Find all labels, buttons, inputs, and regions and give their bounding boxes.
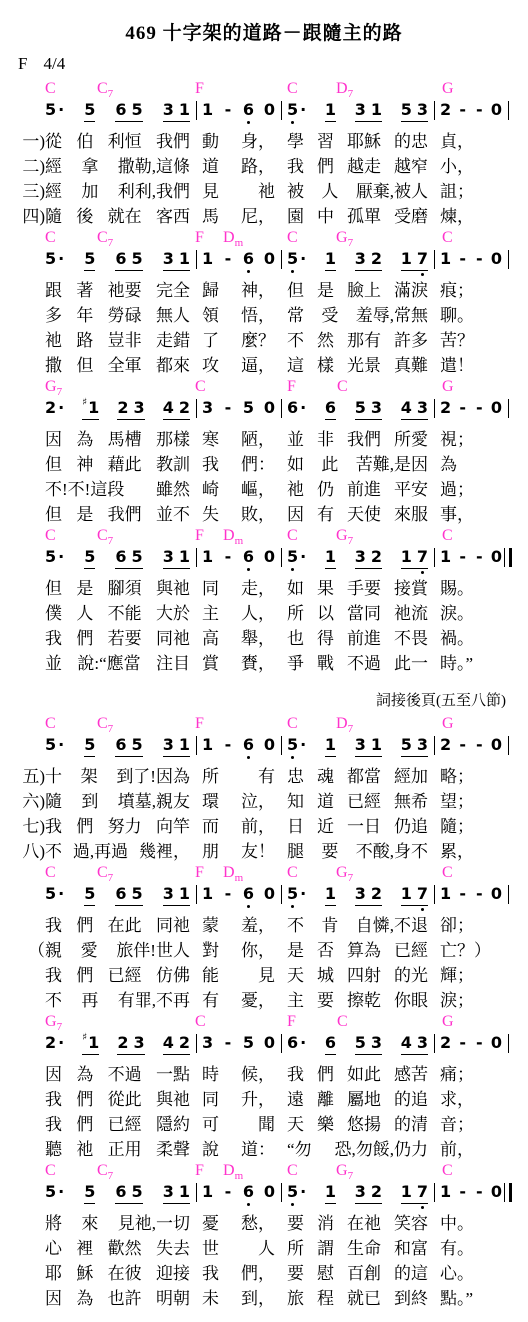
beamed-note-group: 65 bbox=[115, 249, 142, 271]
lyric-measure: 對你， bbox=[202, 938, 275, 963]
gap bbox=[275, 303, 287, 328]
barline bbox=[508, 1034, 509, 1053]
bar-gap bbox=[190, 547, 202, 567]
gap bbox=[275, 601, 287, 626]
lyric-word: 攻 bbox=[202, 353, 219, 378]
gap bbox=[428, 179, 440, 204]
bar-gap bbox=[502, 884, 514, 904]
hymn-sheet: 469 十字架的道路－跟隨主的路 F4/4 CC7FCD7G5·565311-6… bbox=[0, 0, 528, 1322]
lyric-word: 前， bbox=[241, 814, 275, 839]
note-group: 5· bbox=[45, 100, 64, 121]
note-group: 0 bbox=[491, 100, 502, 121]
chord: C bbox=[45, 80, 56, 98]
note-digit: 1 bbox=[440, 547, 451, 566]
beamed-note-group: 31 bbox=[163, 249, 190, 271]
gap bbox=[275, 839, 287, 864]
lyric-word: 見 bbox=[258, 963, 275, 988]
duration-dash: - bbox=[474, 735, 484, 754]
lyric-line: 我們已經隱約可聞天樂悠揚的清音； bbox=[0, 1112, 528, 1137]
note-digit: 7 bbox=[417, 547, 428, 566]
bar-gap bbox=[428, 100, 440, 120]
lyric-line: 但是腳須與祂同走，如果手要接賞賜。 bbox=[0, 576, 528, 601]
lyric-word: 在此 bbox=[108, 913, 142, 938]
beamed-note-group: 31 bbox=[163, 735, 190, 757]
note-group: 2 bbox=[440, 398, 451, 419]
lyric-line: 七)我們努力向竿而前，日近一日仍追隨； bbox=[0, 814, 528, 839]
note-digit: 5 bbox=[132, 547, 143, 566]
gap bbox=[428, 1137, 440, 1162]
note-digit: 0 bbox=[491, 735, 502, 754]
lyric-word: 真難 bbox=[394, 353, 428, 378]
verse-number bbox=[0, 913, 45, 938]
gap bbox=[190, 938, 202, 963]
note-digit: 4 bbox=[401, 1033, 412, 1052]
lyric-measure: 朋友！ bbox=[202, 839, 275, 864]
note-digit: 3 bbox=[163, 884, 174, 903]
lyric-word: 不過 bbox=[108, 1062, 142, 1087]
lyric-word: 不 bbox=[287, 913, 304, 938]
gap bbox=[190, 963, 202, 988]
music-system: CC7FDmCG7C5·565311-605·132171--0但是腳須與祂同走… bbox=[0, 527, 528, 676]
lyric-word: 因 bbox=[45, 427, 62, 452]
lyric-word: 同祂 bbox=[156, 626, 190, 651]
gap bbox=[275, 179, 287, 204]
lyric-word: 憂 bbox=[202, 1211, 219, 1236]
chord: Dm bbox=[223, 864, 243, 882]
lyric-measure: 失敗， bbox=[202, 502, 275, 527]
note-digit: 3 bbox=[134, 1033, 145, 1052]
lyric-word: 所 bbox=[202, 764, 219, 789]
bar-gap bbox=[190, 398, 202, 418]
lyric-word: 聊。 bbox=[440, 303, 474, 328]
chord-quality: 7 bbox=[348, 723, 354, 735]
measure: 6·65343 bbox=[287, 398, 428, 420]
lyric-word: 已經 bbox=[108, 1112, 142, 1137]
gap bbox=[190, 839, 202, 864]
note-digit: 0 bbox=[491, 249, 502, 268]
measure: 5·56531 bbox=[45, 100, 190, 122]
chord-quality: m bbox=[235, 535, 244, 547]
lyric-word: 如此 bbox=[347, 1062, 381, 1087]
duration-dash: - bbox=[223, 100, 233, 119]
lyric-word: 仍追 bbox=[394, 814, 428, 839]
gap bbox=[275, 651, 287, 676]
augmentation-dot: · bbox=[58, 100, 64, 119]
beamed-note-group: ♯1 bbox=[82, 1033, 99, 1055]
barline bbox=[196, 1183, 197, 1202]
lyric-line: 不!不!這段雖然崎嶇，祂仍前進平安過； bbox=[0, 477, 528, 502]
note-digit: 2 bbox=[371, 547, 382, 566]
chord: C7 bbox=[97, 527, 113, 545]
lyric-word: 未 bbox=[202, 1286, 219, 1311]
lyric-word: 都來 bbox=[156, 353, 190, 378]
note-digit: 2 bbox=[371, 249, 382, 268]
lyric-word: 時 bbox=[202, 1062, 219, 1087]
lyric-word: 但 bbox=[45, 576, 62, 601]
note-group: 5· bbox=[287, 547, 306, 568]
lyric-word: 人 bbox=[258, 1236, 275, 1261]
gap bbox=[428, 353, 440, 378]
lyric-measure: 我們越走越窄 bbox=[287, 154, 428, 179]
lyric-word: 但 bbox=[45, 502, 62, 527]
lyric-word: 能 bbox=[202, 963, 219, 988]
note-digit: 6 bbox=[243, 884, 254, 903]
lyric-measure: 跟著祂要完全 bbox=[45, 278, 190, 303]
note-digit: 0 bbox=[491, 547, 502, 566]
verse-number bbox=[0, 963, 45, 988]
note-digit: 5 bbox=[84, 547, 95, 566]
chord: F bbox=[195, 715, 204, 733]
lyric-measure: 僕人不能大於 bbox=[45, 601, 190, 626]
note-digit: 1 bbox=[325, 1182, 336, 1201]
lyric-word: 大於 bbox=[156, 601, 190, 626]
barline bbox=[196, 736, 197, 755]
beamed-note-group: 65 bbox=[115, 735, 142, 757]
note-group: 6 bbox=[243, 547, 254, 568]
lyric-line: 跟著祂要完全歸神，但是臉上滿淚痕； bbox=[0, 278, 528, 303]
lyric-word: 路， bbox=[241, 154, 275, 179]
notation-line: 5·565311-605·131532--0 bbox=[0, 735, 528, 762]
lyric-word: 路 bbox=[76, 328, 93, 353]
verse-number bbox=[0, 427, 45, 452]
measure: 5·13217 bbox=[287, 884, 428, 906]
lyric-word: 的追 bbox=[394, 1087, 428, 1112]
lyric-word: 得 bbox=[317, 626, 334, 651]
lyric-word: 再 bbox=[81, 988, 98, 1013]
duration-dash: - bbox=[458, 398, 468, 417]
lyric-line: 二)經拿撒勒,這條道路，我們越走越窄小， bbox=[0, 154, 528, 179]
lyric-measure: 多年勞碌無人 bbox=[45, 303, 190, 328]
lyric-word: 望； bbox=[440, 789, 474, 814]
barline bbox=[508, 250, 509, 269]
lyric-word: 們 bbox=[76, 1112, 93, 1137]
note-digit: 4 bbox=[163, 1033, 174, 1052]
lyric-word: 柔聲 bbox=[156, 1137, 190, 1162]
note-group: 1 bbox=[202, 884, 213, 905]
note-digit: 7 bbox=[417, 249, 428, 268]
lyric-measure: 經拿撒勒,這條 bbox=[45, 154, 190, 179]
lyric-word: 平安 bbox=[394, 477, 428, 502]
duration-dash: - bbox=[474, 1182, 484, 1201]
note-digit: 6 bbox=[115, 100, 126, 119]
lyric-measure: 隨到墳墓,親友 bbox=[45, 789, 190, 814]
chord-line: CC7FCD7G bbox=[0, 80, 528, 100]
note-group: 1 bbox=[202, 1182, 213, 1203]
beamed-note-group: 42 bbox=[163, 398, 190, 420]
lyric-measure: 事， bbox=[440, 502, 502, 527]
lyric-word: 聽 bbox=[45, 1137, 62, 1162]
lyric-measure: 攻逼， bbox=[202, 353, 275, 378]
lyric-line: 一)從伯利恒我們動身，學習耶穌的忠貞， bbox=[0, 129, 528, 154]
chord-quality: 7 bbox=[108, 88, 114, 100]
duration-dash: - bbox=[223, 735, 233, 754]
chord-line: CC7FDmCG7C bbox=[0, 1162, 528, 1182]
measure: 5·13217 bbox=[287, 249, 428, 271]
lyric-measure: 說道： bbox=[202, 1137, 275, 1162]
note-digit: 5 bbox=[84, 249, 95, 268]
chord-quality: 7 bbox=[348, 88, 354, 100]
lyric-word: 前進 bbox=[347, 626, 381, 651]
beamed-note-group: 1 bbox=[325, 735, 336, 757]
note-digit: 7 bbox=[417, 884, 428, 903]
lyric-word: 隨 bbox=[45, 204, 62, 229]
lyric-measure: 時。” bbox=[440, 651, 502, 676]
lyric-word: 那有 bbox=[347, 328, 381, 353]
gap bbox=[428, 154, 440, 179]
note-group: 6· bbox=[287, 1033, 306, 1054]
note-digit: 6 bbox=[243, 547, 254, 566]
lyric-word: 就在 bbox=[108, 204, 142, 229]
lyric-word: 賚， bbox=[241, 651, 275, 676]
chord: C bbox=[287, 527, 298, 545]
gap bbox=[428, 1112, 440, 1137]
measure: 2--0 bbox=[440, 735, 502, 756]
note-digit: 0 bbox=[264, 249, 275, 268]
bar-gap bbox=[275, 884, 287, 904]
lyric-measure: 我們， bbox=[202, 1261, 275, 1286]
lyric-word: 習 bbox=[317, 129, 334, 154]
lyric-word: 說:“應當 bbox=[77, 651, 140, 676]
lyric-measure: 淚； bbox=[440, 988, 502, 1013]
lyric-measure: 並非我們所愛 bbox=[287, 427, 428, 452]
note-digit: 1 bbox=[325, 100, 336, 119]
lyric-word: 的光 bbox=[394, 963, 428, 988]
barline bbox=[196, 101, 197, 120]
lyric-word: 痛； bbox=[440, 1062, 474, 1087]
verse-number: 三) bbox=[0, 179, 45, 204]
note-digit: 2 bbox=[117, 1033, 128, 1052]
lyric-word: 在祂 bbox=[347, 1211, 381, 1236]
lyric-measure: 道路， bbox=[202, 154, 275, 179]
lyric-line: 心裡歡然失去世人所謂生命和富有。 bbox=[0, 1236, 528, 1261]
note-digit: 6 bbox=[243, 735, 254, 754]
lyric-word: 果 bbox=[317, 576, 334, 601]
lyric-word: 百創 bbox=[347, 1261, 381, 1286]
lyric-measure: 淚。 bbox=[440, 601, 502, 626]
duration-dash: - bbox=[458, 1033, 468, 1052]
gap bbox=[275, 129, 287, 154]
lyric-word: 的忠 bbox=[394, 129, 428, 154]
lyric-word: 馬 bbox=[202, 204, 219, 229]
chord-line: CC7FDmCG7C bbox=[0, 229, 528, 249]
lyric-measure: 詛； bbox=[440, 179, 502, 204]
lyric-word: 隨； bbox=[440, 814, 474, 839]
lyric-word: 前， bbox=[440, 1137, 474, 1162]
barline bbox=[508, 399, 509, 418]
lyric-line: （親愛旅伴!世人對你，是否算為已經亡？） bbox=[0, 938, 528, 963]
note-digit: 2 bbox=[179, 398, 190, 417]
measure: 5·56531 bbox=[45, 547, 190, 569]
augmentation-dot: · bbox=[58, 735, 64, 754]
lyric-word: 受 bbox=[321, 303, 338, 328]
lyric-word: 所愛 bbox=[394, 427, 428, 452]
verse-number bbox=[0, 1211, 45, 1236]
lyric-word: 我 bbox=[202, 452, 219, 477]
lyric-line: 因為不過一點時候，我們如此感苦痛； bbox=[0, 1062, 528, 1087]
gap bbox=[275, 154, 287, 179]
lyric-measure: 因為馬槽那樣 bbox=[45, 427, 190, 452]
lyric-word: 友！ bbox=[241, 839, 275, 864]
lyric-measure: 能見 bbox=[202, 963, 275, 988]
lyric-word: 小， bbox=[440, 154, 474, 179]
lyric-word: 與祂 bbox=[156, 576, 190, 601]
measure: 2·♯12342 bbox=[45, 1033, 190, 1055]
lyric-measure: 十架到了!因為 bbox=[45, 764, 190, 789]
verse-number bbox=[0, 353, 45, 378]
lyric-word: 雖然 bbox=[156, 477, 190, 502]
gap bbox=[190, 814, 202, 839]
lyric-word: 領 bbox=[202, 303, 219, 328]
lyric-word: 苦？ bbox=[440, 328, 474, 353]
lyric-word: 已經 bbox=[394, 938, 428, 963]
chord: G bbox=[442, 715, 454, 733]
bar-gap bbox=[502, 547, 514, 567]
note-digit: 5 bbox=[45, 249, 56, 268]
chord-quality: m bbox=[235, 1170, 244, 1182]
gap bbox=[275, 1236, 287, 1261]
duration-dash: - bbox=[474, 547, 484, 566]
lyric-measure: 但是我們並不 bbox=[45, 502, 190, 527]
lyric-word: 著 bbox=[76, 278, 93, 303]
lyric-word: 到， bbox=[241, 1286, 275, 1311]
notation-line: 2·♯123423-506·653432--0 bbox=[0, 398, 528, 425]
gap bbox=[428, 626, 440, 651]
lyric-word: 說 bbox=[202, 1137, 219, 1162]
chord: C bbox=[45, 715, 56, 733]
lyric-word: 自憐,不退 bbox=[356, 913, 428, 938]
note-digit: 3 bbox=[202, 398, 213, 417]
barline bbox=[434, 101, 435, 120]
chord-quality: m bbox=[235, 237, 244, 249]
note-group: 0 bbox=[491, 398, 502, 419]
note-group: 0 bbox=[264, 1182, 275, 1203]
note-group: 0 bbox=[491, 547, 502, 568]
lyric-word: 貞， bbox=[440, 129, 474, 154]
gap bbox=[190, 764, 202, 789]
note-group: 5· bbox=[45, 547, 64, 568]
lyric-measure: 祂仍前進平安 bbox=[287, 477, 428, 502]
lyric-word: 有 bbox=[317, 502, 334, 527]
note-digit: 0 bbox=[491, 100, 502, 119]
gap bbox=[275, 502, 287, 527]
gap bbox=[190, 427, 202, 452]
lyric-word: 從 bbox=[45, 129, 62, 154]
augmentation-dot: · bbox=[58, 884, 64, 903]
lyric-word: 擦乾 bbox=[347, 988, 381, 1013]
lyric-word: 賜。 bbox=[440, 576, 474, 601]
note-group: 6· bbox=[287, 398, 306, 419]
lyric-word: 人 bbox=[76, 601, 93, 626]
lyric-word: 光景 bbox=[347, 353, 381, 378]
lyric-measure: 痛； bbox=[440, 1062, 502, 1087]
lyric-word: 以 bbox=[317, 601, 334, 626]
beamed-note-group: 65 bbox=[115, 100, 142, 122]
key-signature-line: F4/4 bbox=[18, 54, 528, 74]
lyric-word: 麼？ bbox=[241, 328, 275, 353]
gap bbox=[275, 204, 287, 229]
barline bbox=[434, 399, 435, 418]
lyric-word: 羞， bbox=[241, 913, 275, 938]
lyric-word: 不酸,身不 bbox=[356, 839, 428, 864]
gap bbox=[190, 1286, 202, 1311]
lyric-word: 從此 bbox=[108, 1087, 142, 1112]
lyric-word: 見 bbox=[202, 179, 219, 204]
lyric-word: 肯 bbox=[321, 913, 338, 938]
lyric-measure: 耶穌在彼迎接 bbox=[45, 1261, 190, 1286]
lyric-word: 不 bbox=[45, 988, 62, 1013]
gap bbox=[275, 328, 287, 353]
gap bbox=[428, 204, 440, 229]
lyric-word: 向竿 bbox=[156, 814, 190, 839]
note-digit: 5 bbox=[45, 547, 56, 566]
barline bbox=[508, 101, 509, 120]
note-digit: 3 bbox=[163, 735, 174, 754]
chord-quality: 7 bbox=[348, 237, 354, 249]
lyric-measure: 不然那有許多 bbox=[287, 328, 428, 353]
lyric-word: 手要 bbox=[347, 576, 381, 601]
note-digit: 5 bbox=[84, 735, 95, 754]
note-digit: 1 bbox=[179, 735, 190, 754]
lyric-word: 利利,我們 bbox=[118, 179, 190, 204]
chord: C7 bbox=[97, 80, 113, 98]
gap bbox=[275, 913, 287, 938]
lyric-word: 墳墓,親友 bbox=[118, 789, 190, 814]
lyric-word: 嶇， bbox=[241, 477, 275, 502]
lyric-word: 已經 bbox=[347, 789, 381, 814]
gap bbox=[428, 427, 440, 452]
lyric-word: 一點 bbox=[156, 1062, 190, 1087]
lyric-word: 不畏 bbox=[394, 626, 428, 651]
time-signature: 4/4 bbox=[43, 54, 65, 73]
lyric-measure: 前， bbox=[440, 1137, 502, 1162]
lyric-word: 一日 bbox=[347, 814, 381, 839]
bar-gap bbox=[190, 735, 202, 755]
augmentation-dot: · bbox=[300, 249, 306, 268]
lyric-word: 後 bbox=[76, 204, 93, 229]
notation-line: 5·565311-605·132171--0 bbox=[0, 249, 528, 276]
lyric-word: 中。 bbox=[440, 1211, 474, 1236]
lyric-word: 神， bbox=[241, 278, 275, 303]
bar-gap bbox=[428, 398, 440, 418]
lyric-measure: 知道已經無希 bbox=[287, 789, 428, 814]
lyric-word: 同 bbox=[202, 1087, 219, 1112]
note-digit: 5 bbox=[132, 884, 143, 903]
lyric-word: 被 bbox=[287, 179, 304, 204]
chord-line: CC7FCD7G bbox=[0, 715, 528, 735]
lyric-word: 為 bbox=[76, 427, 93, 452]
gap bbox=[190, 1062, 202, 1087]
lyric-word: 穌 bbox=[76, 1261, 93, 1286]
music-system: G7CFCG2·♯123423-506·653432--0因為不過一點時候，我們… bbox=[0, 1013, 528, 1162]
lyric-word: 客西 bbox=[156, 204, 190, 229]
lyric-measure: 貞， bbox=[440, 129, 502, 154]
lyric-word: 並 bbox=[287, 427, 304, 452]
lyric-word: 略； bbox=[440, 764, 474, 789]
note-group: 1 bbox=[202, 249, 213, 270]
lyric-word: 不!不!這段 bbox=[45, 477, 124, 502]
gap bbox=[275, 938, 287, 963]
lyric-word: 祂 bbox=[45, 328, 62, 353]
lyric-word: 我 bbox=[287, 1062, 304, 1087]
lyric-word: 點。” bbox=[440, 1286, 473, 1311]
lyric-measure: 時候， bbox=[202, 1062, 275, 1087]
measure: 1-60 bbox=[202, 249, 275, 270]
lyric-word: 前進 bbox=[347, 477, 381, 502]
note-digit: 3 bbox=[355, 1182, 366, 1201]
verse-number: 二) bbox=[0, 154, 45, 179]
beamed-note-group: 65 bbox=[115, 547, 142, 569]
beamed-note-group: 5 bbox=[84, 1182, 95, 1204]
